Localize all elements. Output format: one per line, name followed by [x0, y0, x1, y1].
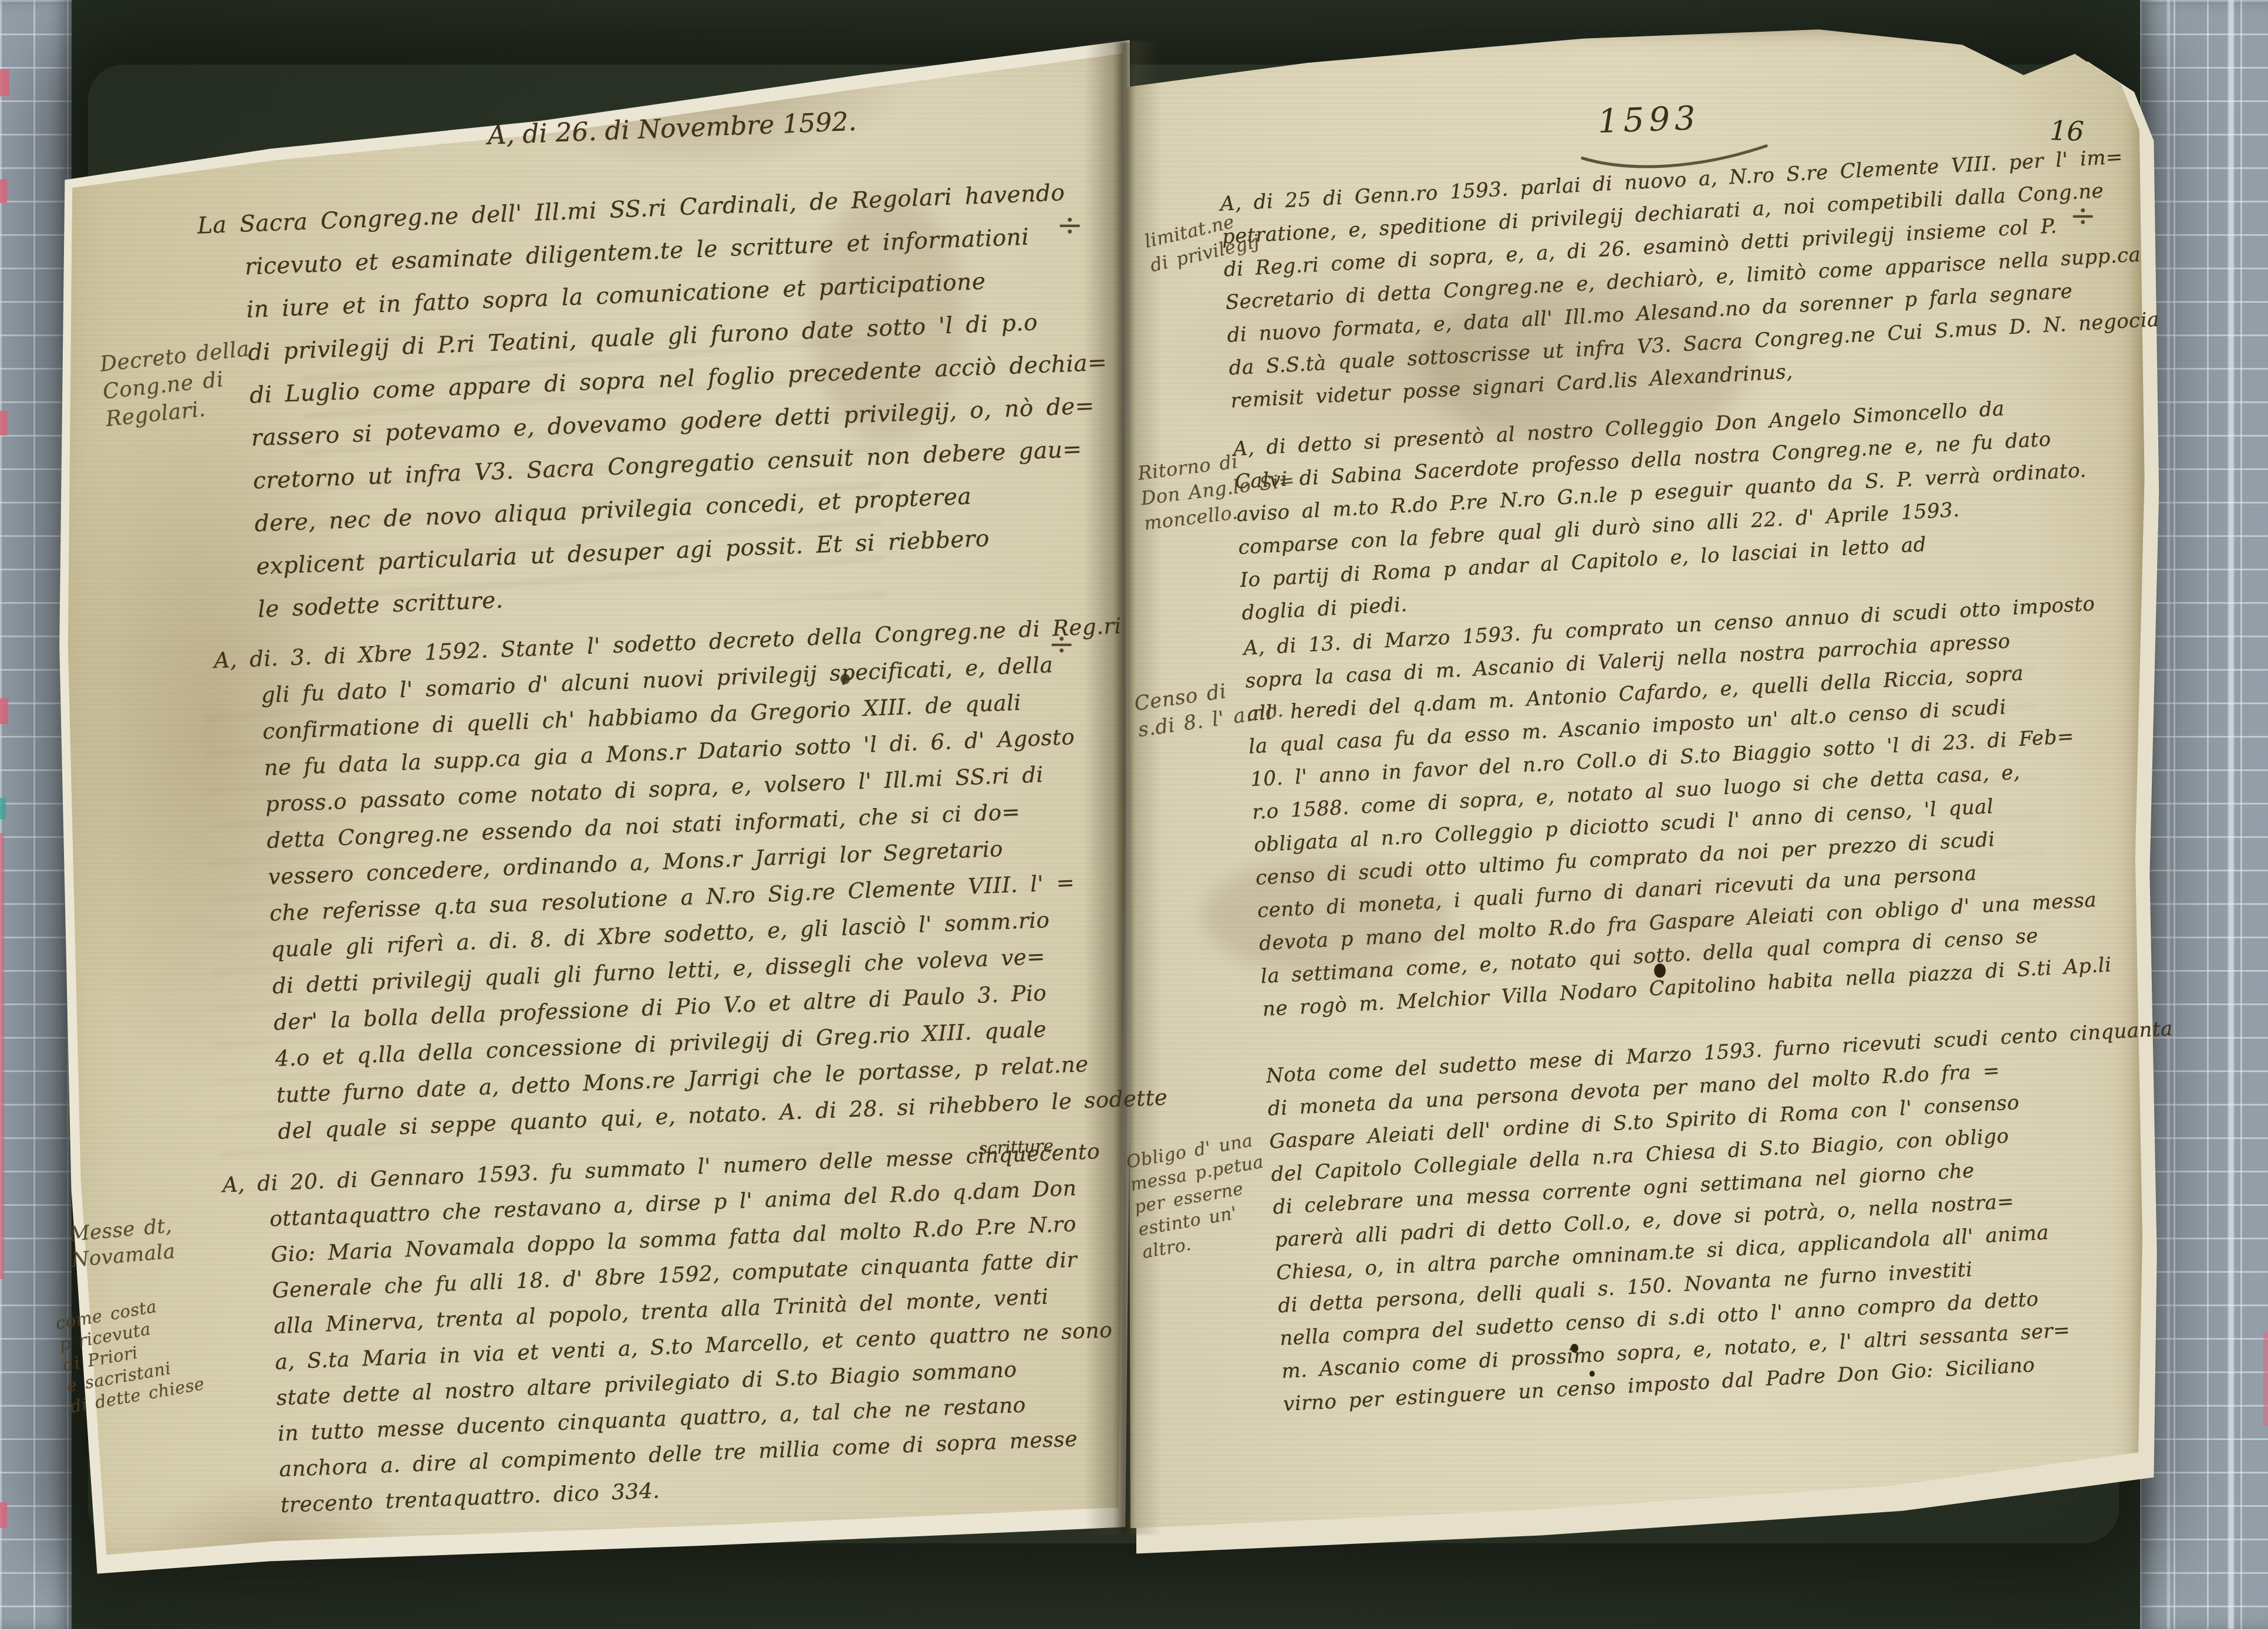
folio-number: 16 [2049, 114, 2084, 147]
calibration-mark [0, 833, 4, 1279]
section-divider-mark: ÷ [1057, 207, 1083, 244]
manuscript-paragraph: A, di. 3. di Xbre 1592. Stante l' sodett… [214, 612, 1169, 1157]
manuscript-paragraph: La Sacra Congreg.ne dell' Ill.mi SS.ri C… [197, 178, 1116, 641]
manuscript-photo-scene: A, di 26. di Novembre 1592. La Sacra Con… [0, 0, 2268, 1629]
calibration-mark [0, 180, 7, 203]
calibration-mark [0, 69, 9, 96]
margin-note-messe: Messe dt,Novamala [68, 1213, 176, 1273]
glass-edge-highlight [2167, 0, 2170, 1629]
calibration-mark [0, 798, 6, 819]
section-divider-mark: ÷ [2070, 197, 2096, 234]
calibration-mark [0, 411, 7, 435]
glass-edge-highlight [2228, 0, 2234, 1629]
year-heading: 1593 [1597, 99, 1701, 141]
manuscript-paragraph: Nota come del sudetto mese di Marzo 1593… [1265, 1017, 2191, 1425]
manuscript-paragraph: A, di 13. di Marzo 1593. fu comprato un … [1243, 592, 2115, 1030]
margin-note-obligo: Obligo d' unamessa p.petuaper esserneest… [1125, 1128, 1277, 1264]
left-color-grid-ruler [0, 0, 72, 1629]
section-divider-mark: ÷ [1048, 626, 1075, 663]
calibration-mark [2263, 1332, 2268, 1426]
manuscript-paragraph: A, di 20. di Gennaro 1593. fu summato l'… [222, 1140, 1119, 1531]
right-color-grid-ruler [2140, 0, 2268, 1629]
calibration-mark [0, 1502, 7, 1528]
manuscript-paragraph: A, di 25 di Genn.ro 1593. parlai di nuov… [1220, 144, 2162, 423]
calibration-mark [0, 698, 8, 724]
margin-note-decreto: Decreto dellaCong.ne diRegolari. [99, 335, 256, 433]
